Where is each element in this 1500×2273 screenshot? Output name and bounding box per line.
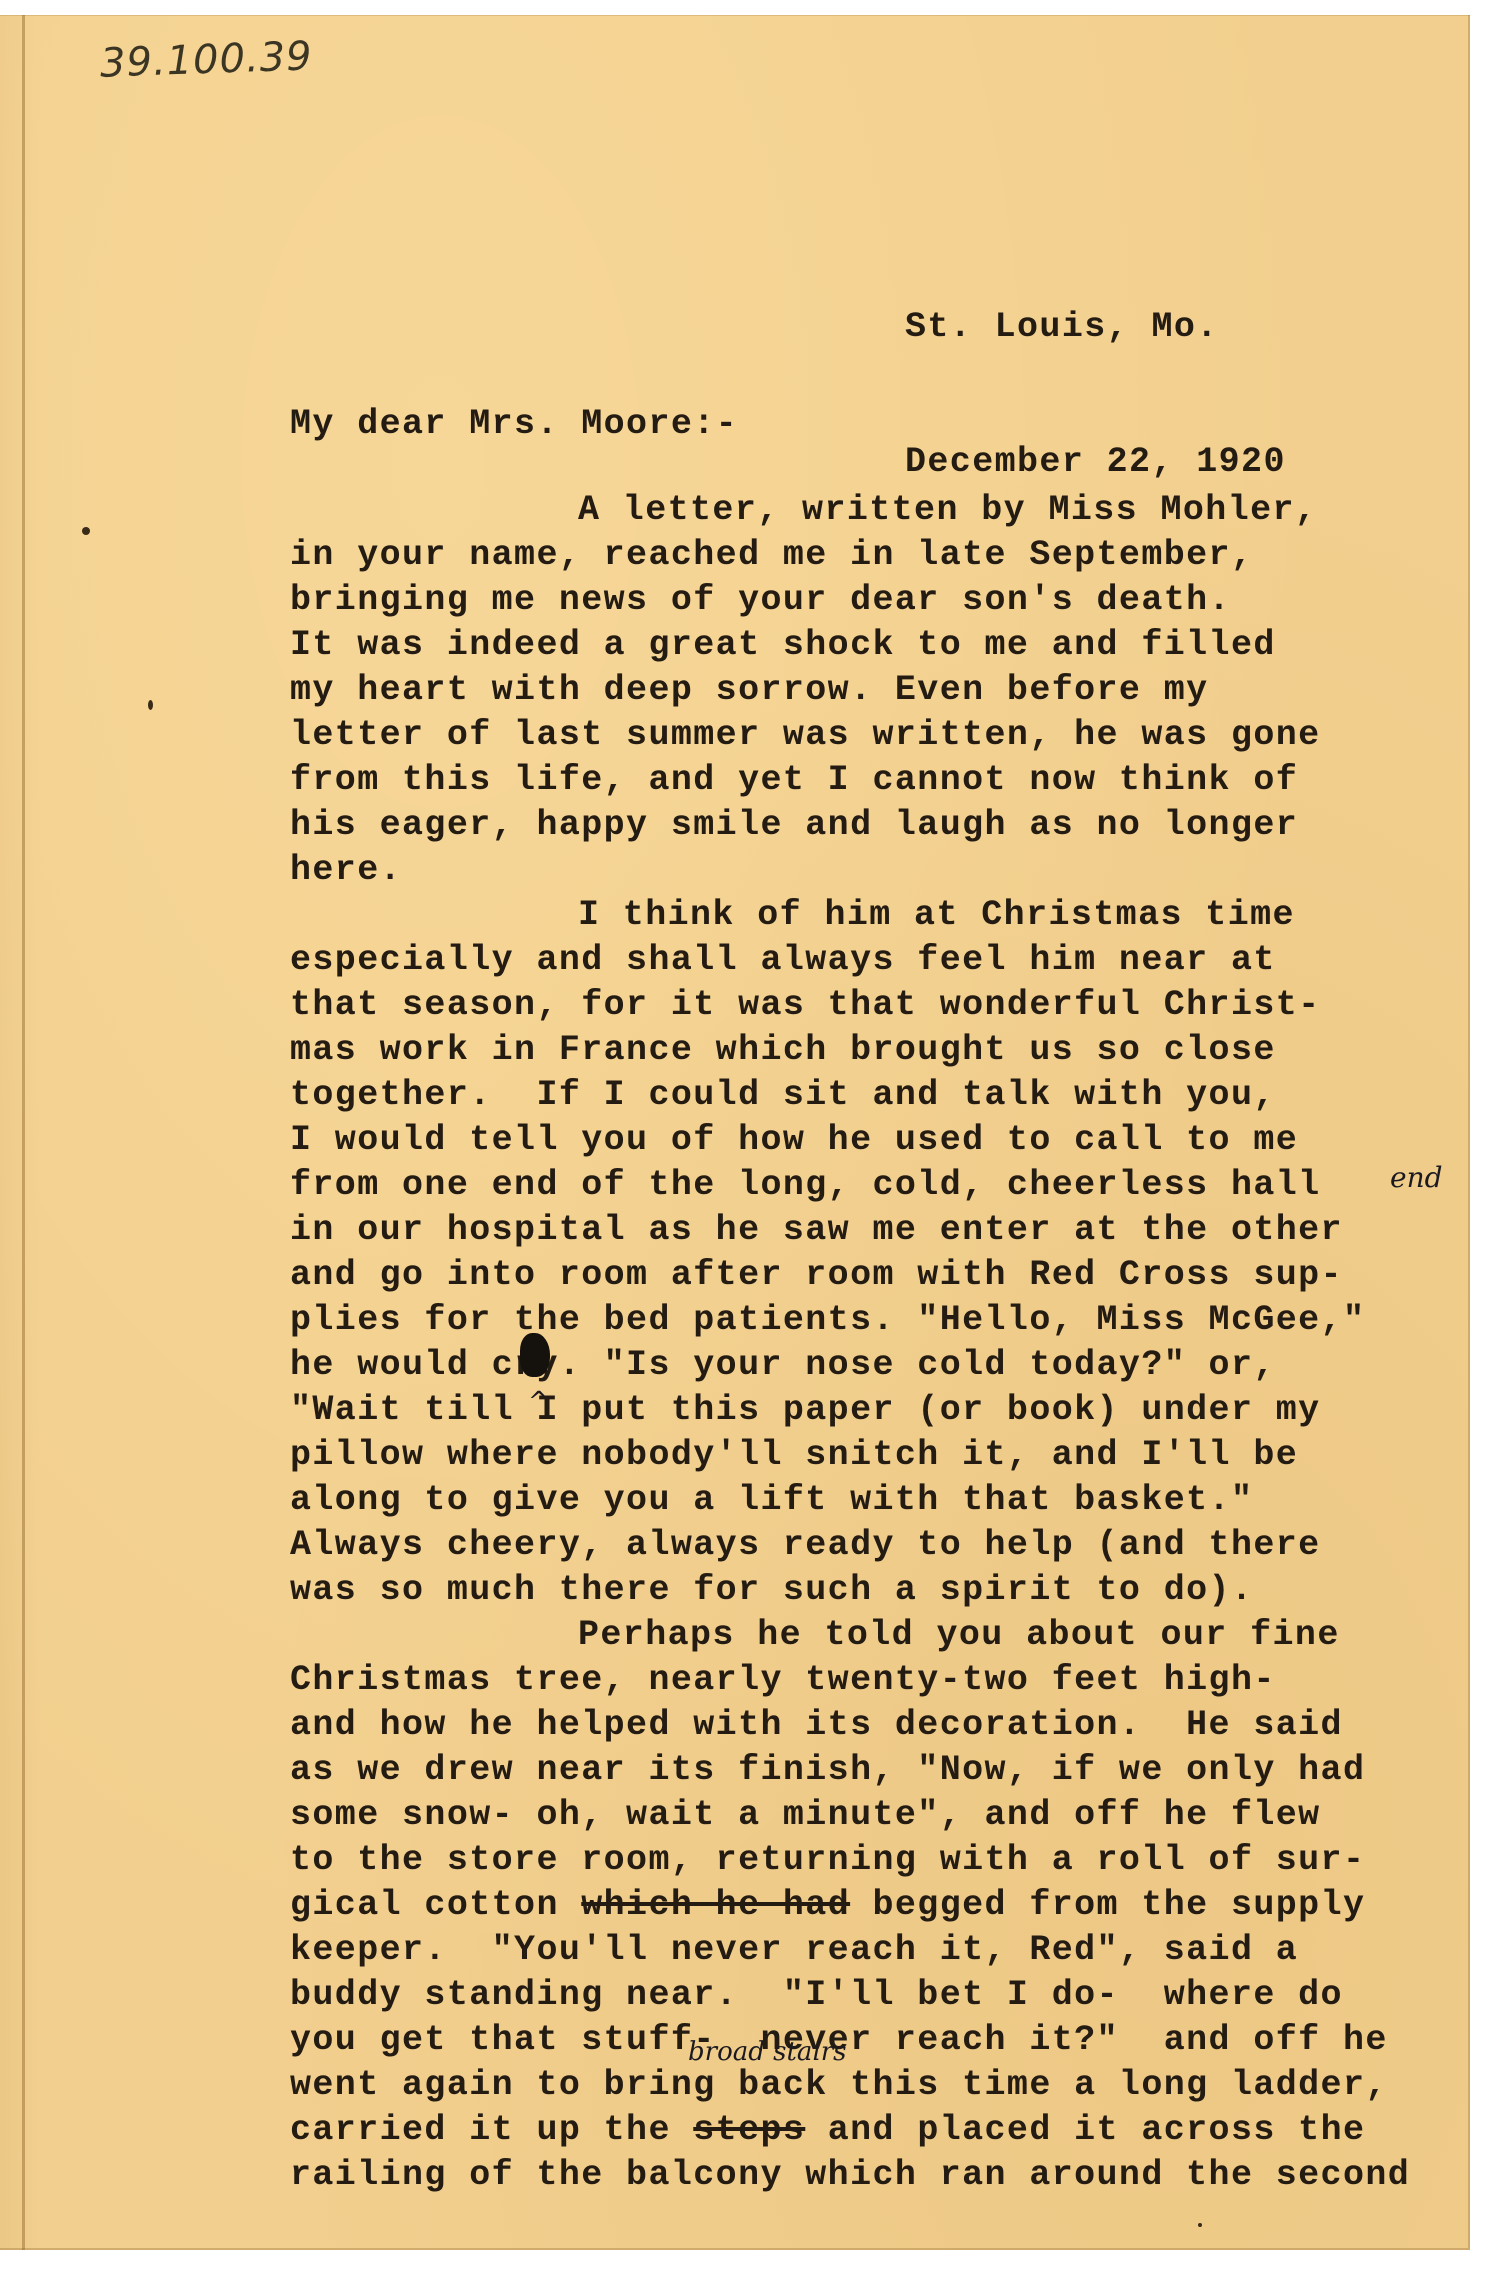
letter-line: It was indeed a great shock to me and fi… (290, 623, 1410, 668)
letter-line: pillow where nobody'll snitch it, and I'… (290, 1433, 1410, 1478)
line-text: gical cotton (290, 1885, 581, 1925)
letter-line: that season, for it was that wonderful C… (290, 983, 1410, 1028)
letter-line: A letter, written by Miss Mohler, (290, 488, 1410, 533)
letter-line: some snow- oh, wait a minute", and off h… (290, 1793, 1410, 1838)
letter-line: bringing me news of your dear son's deat… (290, 578, 1410, 623)
ink-blot (520, 1333, 550, 1377)
caret-mark: ^ (528, 1387, 550, 1417)
heading-place: St. Louis, Mo. (905, 305, 1286, 350)
letter-line: carried it up the steps and placed it ac… (290, 2108, 1410, 2153)
letter-line: in our hospital as he saw me enter at th… (290, 1208, 1410, 1253)
letter-line: from one end of the long, cold, cheerles… (290, 1163, 1410, 1208)
letter-line: here. (290, 848, 1410, 893)
heading-date: December 22, 1920 (905, 440, 1286, 485)
letter-line: went again to bring back this time a lon… (290, 2063, 1410, 2108)
letter-line: letter of last summer was written, he wa… (290, 713, 1410, 758)
letter-line: railing of the balcony which ran around … (290, 2153, 1410, 2198)
line-text: carried it up the (290, 2110, 693, 2150)
letter-line: he would cry. "Is your nose cold today?"… (290, 1343, 1410, 1388)
letter-line: keeper. "You'll never reach it, Red", sa… (290, 1928, 1410, 1973)
paper-speck (82, 527, 90, 535)
letter-line: together. If I could sit and talk with y… (290, 1073, 1410, 1118)
letter-line: especially and shall always feel him nea… (290, 938, 1410, 983)
letter-line: and how he helped with its decoration. H… (290, 1703, 1410, 1748)
salutation: My dear Mrs. Moore:- (290, 402, 738, 447)
paper-speck (148, 700, 153, 710)
letter-line: you get that stuff- never reach it?" and… (290, 2018, 1410, 2063)
line-text: and placed it across the (805, 2110, 1365, 2150)
letter-line: and go into room after room with Red Cro… (290, 1253, 1410, 1298)
accession-number: 39.100.39 (99, 33, 313, 86)
letter-line: I think of him at Christmas time (290, 893, 1410, 938)
struck-text: which he had (581, 1885, 850, 1925)
letter-line: to the store room, returning with a roll… (290, 1838, 1410, 1883)
letter-line: his eager, happy smile and laugh as no l… (290, 803, 1410, 848)
line-text: begged from the supply (850, 1885, 1365, 1925)
letter-line: mas work in France which brought us so c… (290, 1028, 1410, 1073)
letter-line: Always cheery, always ready to help (and… (290, 1523, 1410, 1568)
letter-paper: 39.100.39 St. Louis, Mo. December 22, 19… (0, 15, 1470, 2250)
letter-line: along to give you a lift with that baske… (290, 1478, 1410, 1523)
handwritten-stairs-insert: broad stairs (688, 2037, 847, 2067)
letter-line: I would tell you of how he used to call … (290, 1118, 1410, 1163)
fold-line (22, 15, 25, 2250)
letter-line: gical cotton which he had begged from th… (290, 1883, 1410, 1928)
paper-speck (1198, 2223, 1202, 2227)
letter-line: Christmas tree, nearly twenty-two feet h… (290, 1658, 1410, 1703)
letter-line: Perhaps he told you about our fine (290, 1613, 1410, 1658)
letter-line: "Wait till I put this paper (or book) un… (290, 1388, 1410, 1433)
handwritten-end-insert: end (1390, 1161, 1443, 1194)
letter-line: my heart with deep sorrow. Even before m… (290, 668, 1410, 713)
letter-line: was so much there for such a spirit to d… (290, 1568, 1410, 1613)
letter-line: in your name, reached me in late Septemb… (290, 533, 1410, 578)
letter-line: plies for the bed patients. "Hello, Miss… (290, 1298, 1410, 1343)
letter-line: buddy standing near. "I'll bet I do- whe… (290, 1973, 1410, 2018)
letter-line: as we drew near its finish, "Now, if we … (290, 1748, 1410, 1793)
letter-body: A letter, written by Miss Mohler,in your… (290, 488, 1410, 2198)
struck-text: steps (693, 2110, 805, 2150)
letter-line: from this life, and yet I cannot now thi… (290, 758, 1410, 803)
